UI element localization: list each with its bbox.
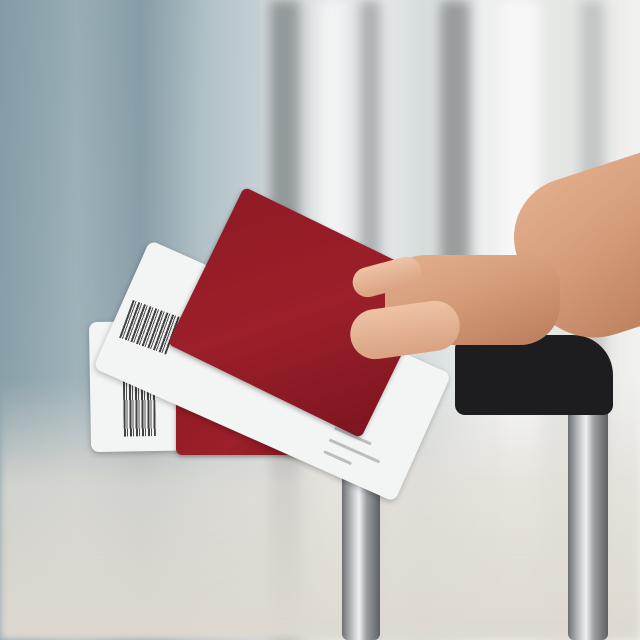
suitcase-handle — [455, 335, 613, 415]
barcode — [119, 300, 180, 355]
suitcase-pole-right — [568, 400, 608, 640]
ticket-text — [323, 450, 352, 465]
background-pillar — [440, 0, 470, 280]
ticket-text — [329, 438, 380, 463]
airport-photo — [0, 0, 640, 640]
